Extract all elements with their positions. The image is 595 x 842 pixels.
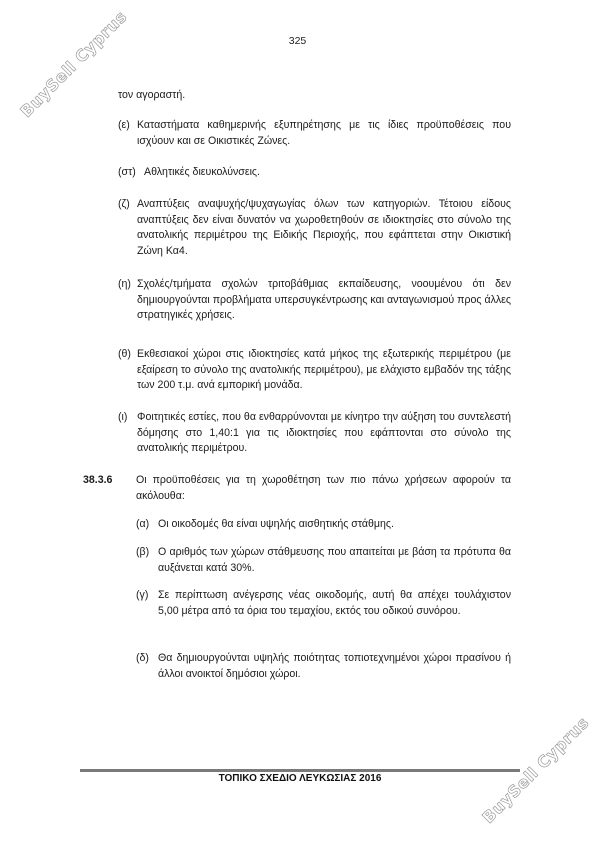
item-text: Οι οικοδομές θα είναι υψηλής αισθητικής … (158, 517, 511, 533)
item-label: (ζ) (118, 197, 130, 213)
page-number: 325 (0, 35, 595, 47)
item-label: (α) (136, 517, 149, 533)
item-label: (η) (118, 277, 131, 293)
item-text: Σχολές/τμήματα σχολών τριτοβάθμιας εκπαί… (137, 277, 511, 324)
footer-rule (80, 769, 520, 772)
item-text: Φοιτητικές εστίες, που θα ενθαρρύνονται … (137, 410, 511, 457)
item-label: (στ) (118, 165, 136, 181)
list-item: (ι) Φοιτητικές εστίες, που θα ενθαρρύνον… (118, 410, 511, 457)
section-list-item: (γ) Σε περίπτωση ανέγερσης νέας οικοδομή… (136, 588, 511, 619)
list-item: (στ) Αθλητικές διευκολύνσεις. (118, 165, 511, 181)
continuation-text: τον αγοραστή. (118, 88, 511, 104)
item-label: (θ) (118, 347, 131, 363)
item-text: Αναπτύξεις αναψυχής/ψυχαγωγίας όλων των … (137, 197, 511, 259)
list-item: (ζ) Αναπτύξεις αναψυχής/ψυχαγωγίας όλων … (118, 197, 511, 259)
section-text: Οι προϋποθέσεις για τη χωροθέτηση των πι… (136, 473, 511, 504)
item-label: (γ) (136, 588, 148, 604)
item-label: (ι) (118, 410, 127, 426)
item-text: Θα δημιουργούνται υψηλής ποιότητας τοπιο… (158, 651, 511, 682)
list-item: (θ) Εκθεσιακοί χώροι στις ιδιοκτησίες κα… (118, 347, 511, 394)
item-text: Αθλητικές διευκολύνσεις. (144, 165, 511, 181)
item-label: (ε) (118, 118, 130, 134)
item-text: Σε περίπτωση ανέγερσης νέας οικοδομής, α… (158, 588, 511, 619)
item-label: (β) (136, 545, 149, 561)
section-list-item: (δ) Θα δημιουργούνται υψηλής ποιότητας τ… (136, 651, 511, 682)
list-item: (ε) Καταστήματα καθημερινής εξυπηρέτησης… (118, 118, 511, 149)
item-text: Εκθεσιακοί χώροι στις ιδιοκτησίες κατά μ… (137, 347, 511, 394)
watermark: BuySell Cyprus (17, 7, 131, 121)
section-list-item: (β) Ο αριθμός των χώρων στάθμευσης που α… (136, 545, 511, 576)
list-item: (η) Σχολές/τμήματα σχολών τριτοβάθμιας ε… (118, 277, 511, 324)
item-text: Ο αριθμός των χώρων στάθμευσης που απαιτ… (158, 545, 511, 576)
section-list-item: (α) Οι οικοδομές θα είναι υψηλής αισθητι… (136, 517, 511, 533)
item-text: Καταστήματα καθημερινής εξυπηρέτησης με … (137, 118, 511, 149)
section-number: 38.3.6 (83, 473, 112, 489)
footer-title: ΤΟΠΙΚΟ ΣΧΕΔΙΟ ΛΕΥΚΩΣΙΑΣ 2016 (80, 773, 520, 784)
item-label: (δ) (136, 651, 149, 667)
